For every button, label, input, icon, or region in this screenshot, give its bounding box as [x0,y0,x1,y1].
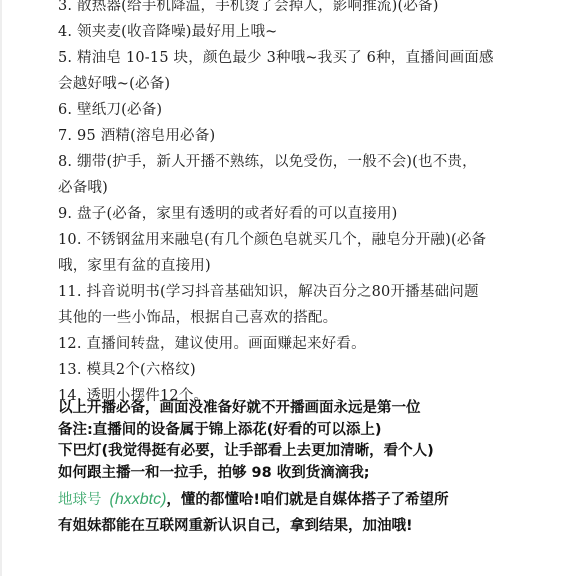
list-item: 3. 散热器(给手机降温，手机烫了会掉人，影响推流)(必备) [58,0,558,19]
list-item: 13. 模具2个(六格纹) [58,357,558,383]
list-item: 7. 95 酒精(溶皂用必备) [58,123,558,149]
list-item: 9. 盘子(必备，家里有透明的或者好看的可以直接用) [58,201,558,227]
list-item: 8. 绷带(护手，新人开播不熟练，以免受伤，一般不会)(也不贵， [58,149,558,175]
note-line: 以上开播必备，画面没准备好就不开播画面永远是第一位 [58,398,558,420]
equipment-list: 3. 散热器(给手机降温，手机烫了会掉人，影响推流)(必备) 4. 领夹麦(收音… [58,0,558,409]
footer-line-2: 有姐妹都能在互联网重新认识自己，拿到结果，加油哦! [58,513,558,539]
list-item: 10. 不锈钢盆用来融皂(有几个颜色皂就买几个，融皂分开融)(必备 [58,227,558,253]
list-item: 6. 壁纸刀(必备) [58,97,558,123]
account-label: 地球号 [58,492,102,508]
account-handle: (hxxbtc) [110,491,167,508]
footer-section: 地球号(hxxbtc)，懂的都懂哈!咱们就是自媒体搭子了希望所 有姐妹都能在互联… [58,487,558,539]
page-edge [0,0,2,576]
list-item: 12. 直播间转盘，建议使用。画面赚起来好看。 [58,331,558,357]
list-item: 会越好哦~(必备) [58,71,558,97]
list-item: 5. 精油皂 10-15 块，颜色最少 3种哦~我买了 6种，直播间画面感 [58,45,558,71]
footer-text-1: ，懂的都懂哈!咱们就是自媒体搭子了希望所 [166,492,448,508]
list-item: 哦，家里有盆的直接用) [58,253,558,279]
note-line: 备注:直播间的设备属于锦上添花(好看的可以添上) [58,420,558,442]
note-line: 下巴灯(我觉得挺有必要，让手部看上去更加清晰，看个人) [58,441,558,463]
footer-line-1: 地球号(hxxbtc)，懂的都懂哈!咱们就是自媒体搭子了希望所 [58,487,558,513]
list-item: 必备哦) [58,175,558,201]
list-item: 11. 抖音说明书(学习抖音基础知识，解决百分之80开播基础问题 [58,279,558,305]
note-line: 如何跟主播一和一拉手，拍够 98 收到货滴滴我; [58,463,558,485]
notes-section: 以上开播必备，画面没准备好就不开播画面永远是第一位 备注:直播间的设备属于锦上添… [58,398,558,484]
list-item: 4. 领夹麦(收音降噪)最好用上哦~ [58,19,558,45]
list-item: 其他的一些小饰品，根据自己喜欢的搭配。 [58,305,558,331]
